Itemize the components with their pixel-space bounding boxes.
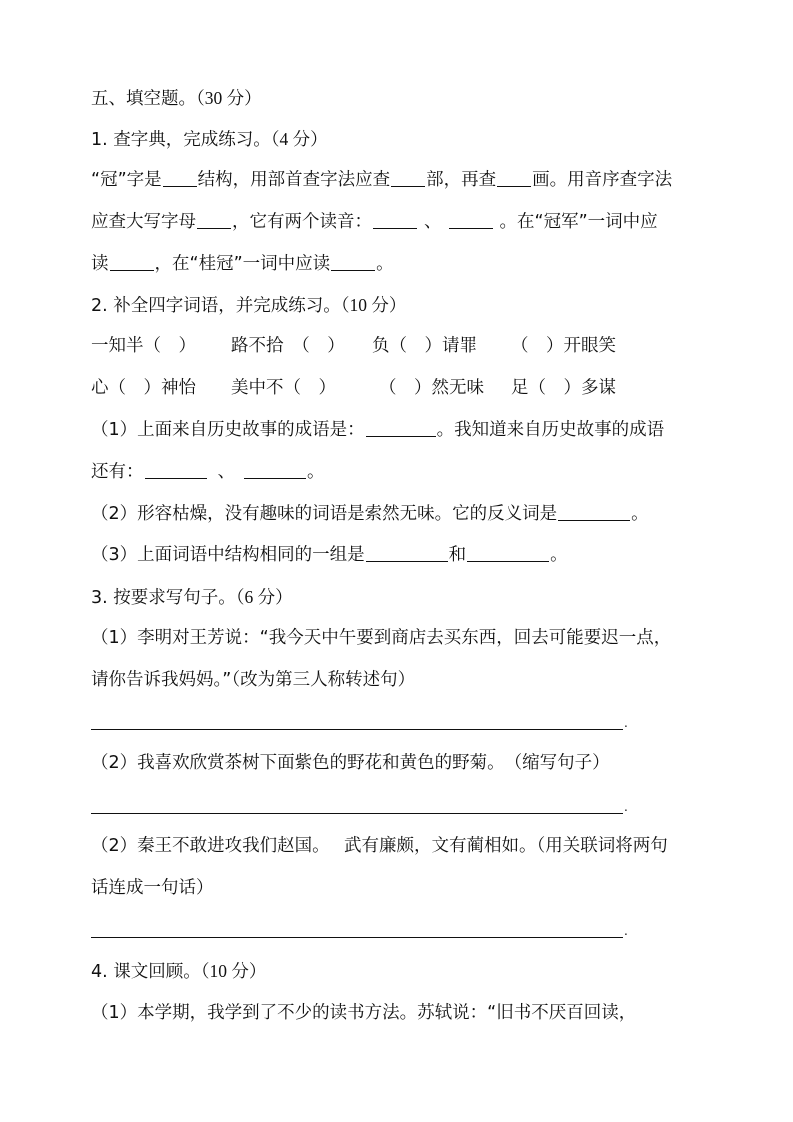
answer-line-end: .	[624, 801, 628, 813]
answer-line-end: .	[624, 717, 628, 729]
q2-score: （10 分）	[341, 295, 407, 315]
q2-text: 还有：	[91, 462, 144, 482]
q1-text: 。在“冠军”一词中应	[500, 212, 658, 232]
section-title: 五、填空题。	[91, 89, 196, 109]
q1-text: 结构，用部首查字法应查	[198, 170, 391, 190]
q2-text: 。	[307, 462, 325, 482]
answer-blank-structure-group-2[interactable]	[467, 543, 549, 562]
q2-title: 2. 补全四字词语，并完成练习。	[91, 296, 341, 316]
q4-text: （1）本学期，我学到了不少的读书方法。苏轼说：“旧书不厌百回读，	[91, 1003, 636, 1023]
answer-blank-radical[interactable]	[391, 168, 425, 187]
q2-text: 。	[631, 504, 649, 524]
idiom-row-1: 一知半（ ） 路不拾 （ ） 负（ ）请罪 （ ）开眼笑	[91, 334, 711, 358]
q3-sub1-line-1: （1）李明对王芳说：“我今天中午要到商店去买东西，回去可能要迟一点，	[91, 626, 671, 650]
q3-text: 话连成一句话）	[91, 878, 214, 898]
answer-line-2[interactable]	[91, 813, 623, 814]
q2-text: 、	[218, 462, 236, 482]
q1-line-1: “冠”字是结构，用部首查字法应查部，再查画。用音序查字法	[91, 168, 672, 192]
idiom-row-2: 心（ ）神怡 美中不（ ） （ ）然无味 足（ ）多谋	[91, 376, 711, 400]
answer-line-end: .	[624, 925, 628, 937]
answer-blank-structure[interactable]	[163, 168, 197, 187]
idiom-item[interactable]: （ ）开眼笑	[511, 334, 616, 358]
q2-sub1-line-2: 还有：、。	[91, 460, 325, 484]
q1-line-3: 读，在“桂冠”一词中应读。	[91, 252, 394, 276]
idiom-item[interactable]: 美中不（ ）	[231, 376, 336, 400]
idiom-item[interactable]: 负（ ）请罪	[372, 334, 477, 358]
q4-heading: 4. 课文回顾。（10 分）	[91, 959, 266, 983]
idiom-item[interactable]: 一知半（ ）	[91, 334, 196, 358]
idiom-item[interactable]: 心（ ）神怡	[91, 376, 196, 400]
q3-text: （1）李明对王芳说：“我今天中午要到商店去买东西，回去可能要迟一点，	[91, 628, 671, 648]
q1-heading: 1. 查字典，完成练习。（4 分）	[91, 127, 328, 151]
q1-text: 画。用音序查字法	[532, 170, 672, 190]
q3-text: （2）我喜欢欣赏茶树下面紫色的野花和黄色的野菊。 （缩写句子）	[91, 753, 610, 773]
answer-blank-reading-2[interactable]	[331, 252, 375, 271]
q2-heading: 2. 补全四字词语，并完成练习。（10 分）	[91, 293, 406, 317]
q1-text: 、	[424, 212, 442, 232]
answer-blank-more-idiom-1[interactable]	[145, 460, 207, 479]
q3-heading: 3. 按要求写句子。（6 分）	[91, 585, 293, 609]
answer-blank-history-idioms[interactable]	[366, 418, 436, 437]
q1-text: ，在“桂冠”一词中应读	[155, 254, 331, 274]
answer-blank-reading-1[interactable]	[110, 252, 154, 271]
q4-title: 4. 课文回顾。	[91, 962, 201, 982]
answer-line-1[interactable]	[91, 729, 623, 730]
q3-text: （2）秦王不敢进攻我们赵国。 武有廉颇，文有蔺相如。（用关联词将两句	[91, 836, 668, 856]
answer-blank-structure-group-1[interactable]	[366, 543, 448, 562]
idiom-item[interactable]: 足（ ）多谋	[511, 376, 616, 400]
idiom-item[interactable]: 路不拾 （ ）	[231, 334, 345, 358]
q2-text: （2）形容枯燥，没有趣味的词语是索然无味。它的反义词是	[91, 504, 557, 524]
q2-sub3: （3）上面词语中结构相同的一组是和。	[91, 543, 568, 567]
q1-score: （4 分）	[271, 129, 328, 149]
answer-blank-more-idiom-2[interactable]	[244, 460, 306, 479]
q2-text: 。	[550, 545, 568, 565]
q3-sub1-line-2: 请你告诉我妈妈。”（改为第三人称转述句）	[91, 668, 415, 692]
q3-score: （6 分）	[236, 587, 293, 607]
q1-text: 读	[91, 254, 109, 274]
q3-text: 请你告诉我妈妈。”（改为第三人称转述句）	[91, 670, 415, 690]
answer-blank-pronunciation-2[interactable]	[449, 210, 493, 229]
answer-line-3[interactable]	[91, 937, 623, 938]
idiom-item[interactable]: （ ）然无味	[379, 376, 484, 400]
q2-text: 。我知道来自历史故事的成语	[437, 420, 665, 440]
q4-score: （10 分）	[201, 961, 267, 981]
q2-text: 和	[449, 545, 467, 565]
q2-sub1-line-1: （1）上面来自历史故事的成语是：。我知道来自历史故事的成语	[91, 418, 664, 442]
q3-title: 3. 按要求写句子。	[91, 588, 236, 608]
q1-text: 。	[376, 254, 394, 274]
q1-text: 部，再查	[426, 170, 496, 190]
section-heading: 五、填空题。（30 分）	[91, 86, 262, 110]
answer-blank-letter[interactable]	[197, 210, 231, 229]
q1-text: “冠”字是	[91, 170, 162, 190]
q1-line-2: 应查大写字母，它有两个读音：、。在“冠军”一词中应	[91, 210, 658, 234]
q2-sub2: （2）形容枯燥，没有趣味的词语是索然无味。它的反义词是。	[91, 502, 649, 526]
q3-sub3-line-2: 话连成一句话）	[91, 876, 214, 900]
answer-blank-antonym[interactable]	[558, 502, 630, 521]
answer-blank-pronunciation-1[interactable]	[373, 210, 417, 229]
q2-text: （1）上面来自历史故事的成语是：	[91, 420, 365, 440]
q1-title: 1. 查字典，完成练习。	[91, 130, 271, 150]
q4-sub1-line-1: （1）本学期，我学到了不少的读书方法。苏轼说：“旧书不厌百回读，	[91, 1001, 636, 1025]
q3-sub2-line-1: （2）我喜欢欣赏茶树下面紫色的野花和黄色的野菊。 （缩写句子）	[91, 751, 610, 775]
section-score: （30 分）	[196, 88, 262, 108]
q1-text: 应查大写字母	[91, 212, 196, 232]
q2-text: （3）上面词语中结构相同的一组是	[91, 545, 365, 565]
q1-text: ，它有两个读音：	[232, 212, 372, 232]
answer-blank-strokes[interactable]	[497, 168, 531, 187]
q3-sub3-line-1: （2）秦王不敢进攻我们赵国。 武有廉颇，文有蔺相如。（用关联词将两句	[91, 834, 668, 858]
